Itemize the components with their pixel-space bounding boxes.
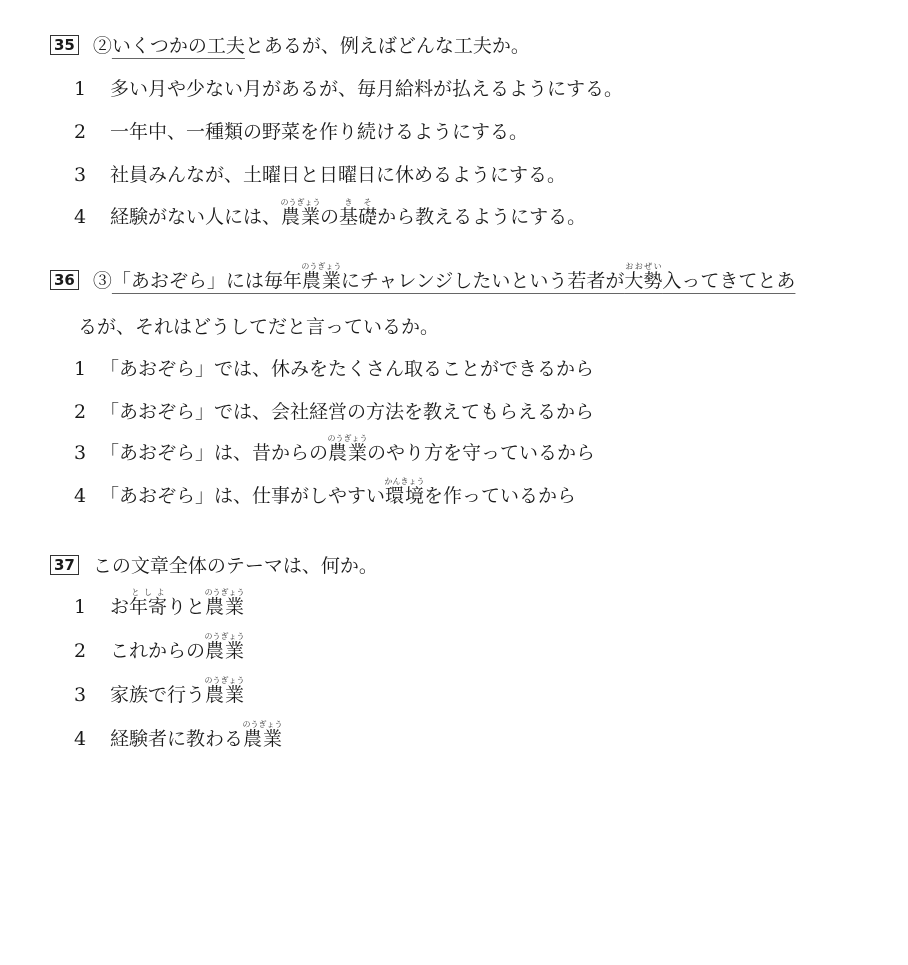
question-36-prompt-line2: るが、それはどうしてだと言っているか。 <box>78 315 439 339</box>
option-36-2[interactable]: 2「あおぞら」では、会社経営の方法を教えてもらえるから <box>74 400 594 424</box>
option-36-1[interactable]: 1「あおぞら」では、休みをたくさん取ることができるから <box>74 357 594 381</box>
option-37-2[interactable]: 2これからの農業のうぎょう <box>74 632 245 663</box>
option-35-3[interactable]: 3社員みんなが、土曜日と日曜日に休めるようにする。 <box>74 163 566 187</box>
question-number: 36 <box>50 270 79 290</box>
option-37-1[interactable]: 1お年寄としよりと農業のうぎょう <box>74 588 245 619</box>
underlined-phrase: 「あおぞら」には毎年農業のうぎょうにチャレンジしたいという若者が大勢おおぜい入っ… <box>112 270 796 292</box>
question-35-prompt: 35②いくつかの工夫とあるが、例えばどんな工夫か。 <box>50 34 530 58</box>
question-marker: ③ <box>93 270 112 292</box>
question-number: 37 <box>50 555 79 575</box>
underlined-phrase: いくつかの工夫 <box>112 35 245 57</box>
question-37-prompt: 37この文章全体のテーマは、何か。 <box>50 554 378 578</box>
question-36-prompt: 36③「あおぞら」には毎年農業のうぎょうにチャレンジしたいという若者が大勢おおぜ… <box>50 262 795 293</box>
option-37-3[interactable]: 3家族で行う農業のうぎょう <box>74 676 245 707</box>
question-number: 35 <box>50 35 79 55</box>
option-36-3[interactable]: 3「あおぞら」は、昔からの農業のうぎょうのやり方を守っているから <box>74 434 595 465</box>
option-35-2[interactable]: 2一年中、一種類の野菜を作り続けるようにする。 <box>74 120 528 144</box>
option-37-4[interactable]: 4経験者に教わる農業のうぎょう <box>74 720 283 751</box>
option-35-4[interactable]: 4経験がない人には、農業のうぎょうの基礎きそから教えるようにする。 <box>74 198 586 229</box>
option-36-4[interactable]: 4「あおぞら」は、仕事がしやすい環境かんきょうを作っているから <box>74 477 576 508</box>
option-35-1[interactable]: 1多い月や少ない月があるが、毎月給料が払えるようにする。 <box>74 77 623 101</box>
question-marker: ② <box>93 35 112 57</box>
